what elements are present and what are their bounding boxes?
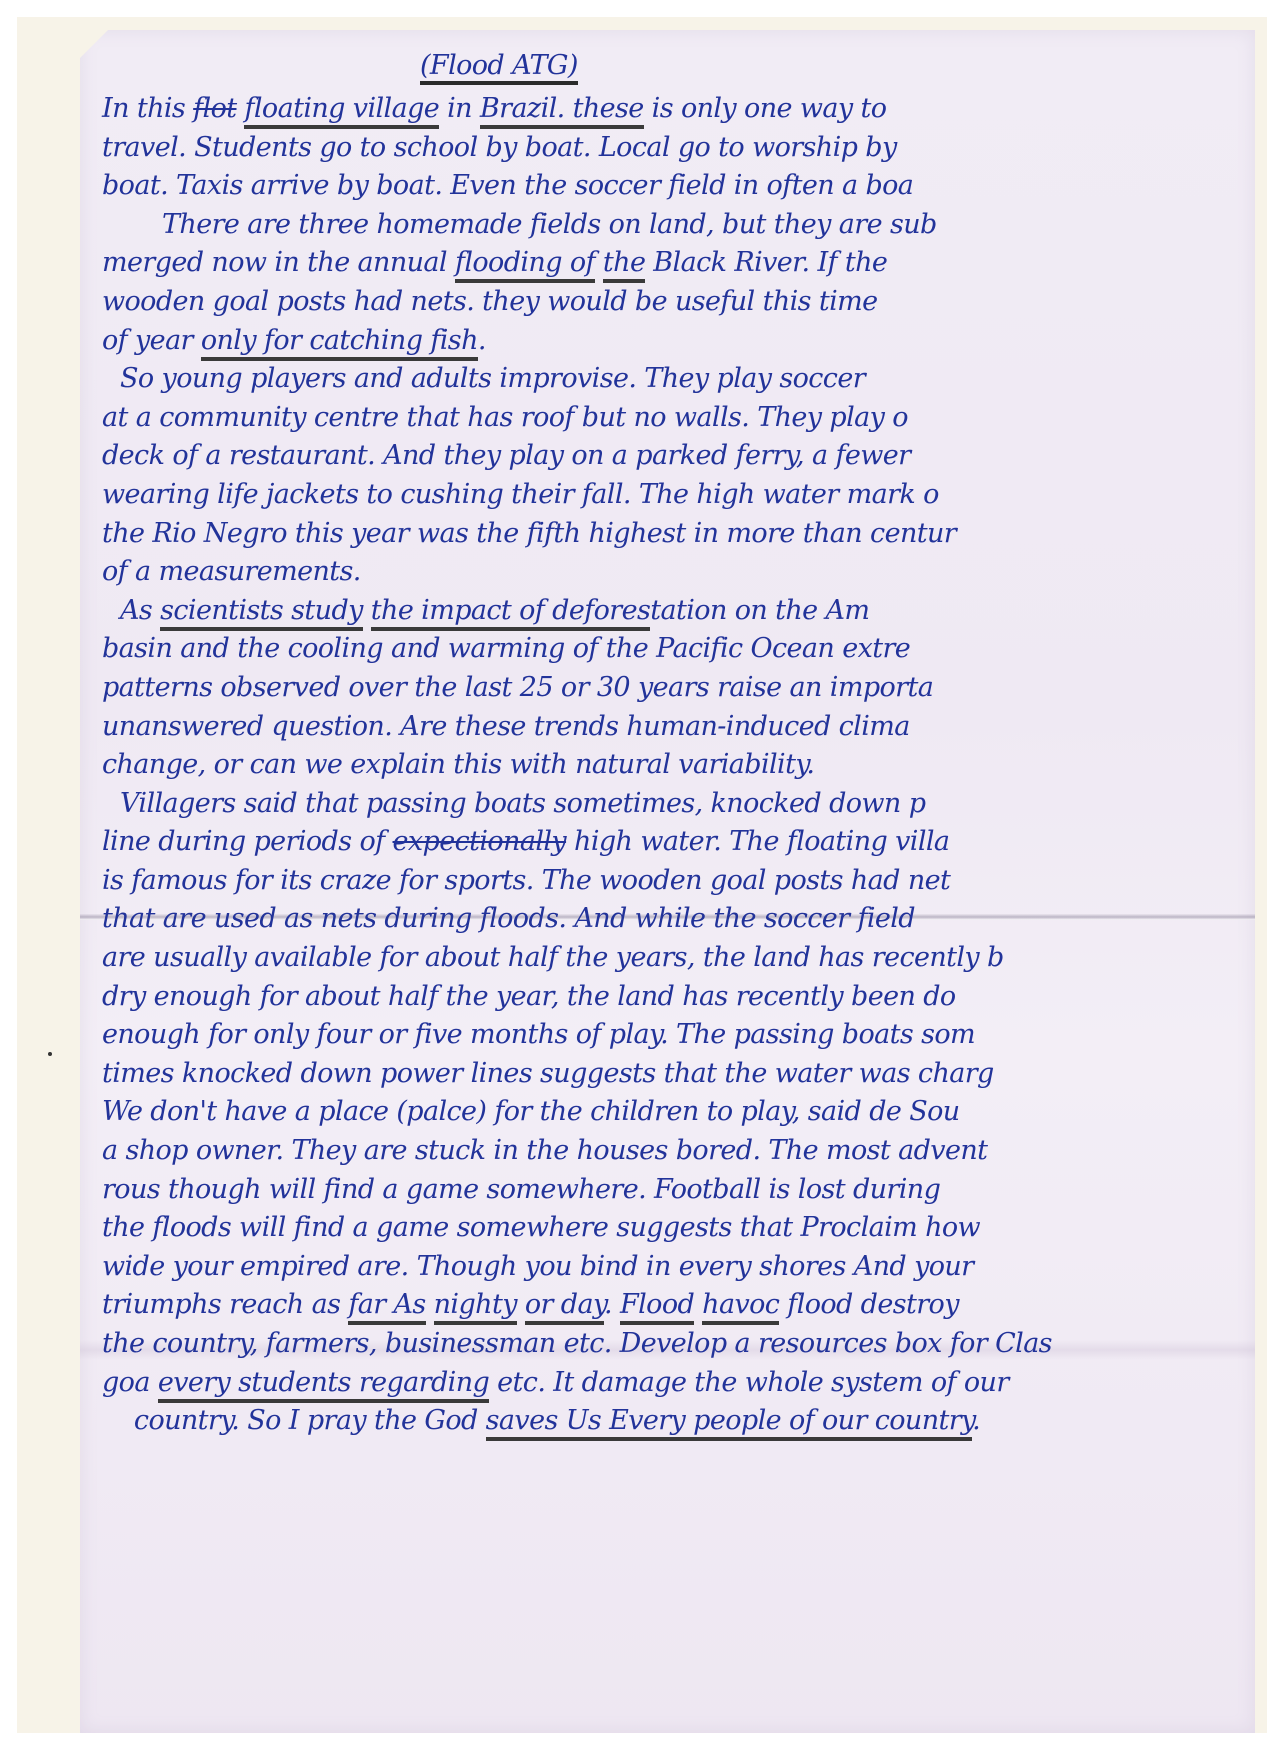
text-run: that are used as nets during floods. And… xyxy=(102,903,915,934)
underlined-phrase: saves Us Every people of our country xyxy=(486,1405,972,1441)
text-run: etc. It damage the whole system of our xyxy=(489,1367,1008,1398)
text-line: a shop owner. They are stuck in the hous… xyxy=(102,1132,1255,1171)
underlined-phrase: scientists study xyxy=(160,595,363,631)
underlined-phrase: Brazil. these xyxy=(480,93,644,129)
text-line: rous though will find a game somewhere. … xyxy=(102,1171,1255,1210)
underlined-phrase: far As xyxy=(348,1289,425,1325)
text-line: We don't have a place (palce) for the ch… xyxy=(102,1093,1255,1132)
text-line: triumphs reach as far As nighty or day. … xyxy=(102,1286,1255,1325)
text-run: goa xyxy=(102,1367,158,1398)
struck-out-word: flot xyxy=(193,93,236,124)
title-underlined: (Flood ATG) xyxy=(420,50,578,85)
text-run: the Rio Negro this year was the fifth hi… xyxy=(102,518,956,549)
underlined-phrase: or day xyxy=(525,1289,604,1325)
text-run: Villagers said that passing boats someti… xyxy=(120,788,925,819)
paragraph: There are three homemade fields on land,… xyxy=(102,206,1255,360)
text-line: boat. Taxis arrive by boat. Even the soc… xyxy=(102,167,1255,206)
margin-ink-dot xyxy=(48,1052,52,1056)
text-run: patterns observed over the last 25 or 30… xyxy=(102,672,933,703)
text-run: the floods will find a game somewhere su… xyxy=(102,1212,980,1243)
text-line: that are used as nets during floods. And… xyxy=(102,900,1255,939)
text-line: country. So I pray the God saves Us Ever… xyxy=(102,1402,1255,1441)
underlined-phrase: only for catching fish xyxy=(201,325,478,361)
text-line: basin and the cooling and warming of the… xyxy=(102,630,1255,669)
text-run: is famous for its craze for sports. The … xyxy=(102,865,950,896)
text-run: change, or can we explain this with natu… xyxy=(102,749,814,780)
text-run: a shop owner. They are stuck in the hous… xyxy=(102,1135,987,1166)
text-run: boat. Taxis arrive by boat. Even the soc… xyxy=(102,170,913,201)
text-line: In this flot floating village in Brazil.… xyxy=(102,90,1255,129)
text-line: wooden goal posts had nets. they would b… xyxy=(102,283,1255,322)
underlined-phrase: Flood xyxy=(620,1289,694,1325)
text-run: in xyxy=(439,93,480,124)
text-run xyxy=(363,595,371,626)
text-run: tation on the Am xyxy=(650,595,869,626)
text-line: are usually available for about half the… xyxy=(102,939,1255,978)
text-run: So young players and adults improvise. T… xyxy=(120,363,865,394)
underlined-phrase: the xyxy=(603,247,645,283)
text-run: wearing life jackets to cushing their fa… xyxy=(102,479,939,510)
text-run: line during periods of xyxy=(102,826,393,857)
paragraph: As scientists study the impact of defore… xyxy=(102,592,1255,785)
text-run: country. So I pray the God xyxy=(102,1405,486,1436)
underlined-phrase: flooding of xyxy=(455,247,595,283)
text-run: unanswered question. Are these trends hu… xyxy=(102,711,910,742)
text-run: wide your empired are. Though you bind i… xyxy=(102,1251,973,1282)
text-run: flood destroy xyxy=(779,1289,959,1320)
document-body: In this flot floating village in Brazil.… xyxy=(102,90,1255,1441)
text-line: deck of a restaurant. And they play on a… xyxy=(102,437,1255,476)
text-run xyxy=(517,1289,525,1320)
text-line: the floods will find a game somewhere su… xyxy=(102,1209,1255,1248)
text-line: the Rio Negro this year was the fifth hi… xyxy=(102,515,1255,554)
text-run: In this xyxy=(102,93,193,124)
text-line: wearing life jackets to cushing their fa… xyxy=(102,476,1255,515)
text-run: . xyxy=(604,1289,620,1320)
struck-out-word: expectionally xyxy=(393,826,567,857)
page-title: (Flood ATG) xyxy=(102,42,1255,90)
underlined-phrase: every students regarding xyxy=(158,1367,489,1403)
text-run: . xyxy=(478,325,486,356)
text-run: merged now in the annual xyxy=(102,247,455,278)
paragraph: In this flot floating village in Brazil.… xyxy=(102,90,1255,206)
text-run: is only one way to xyxy=(644,93,887,124)
handwritten-page: (Flood ATG) In this flot floating villag… xyxy=(80,30,1255,1733)
text-line: times knocked down power lines suggests … xyxy=(102,1055,1255,1094)
text-run: the country, farmers, businessman etc. D… xyxy=(102,1328,1052,1359)
text-run xyxy=(426,1289,434,1320)
text-run: Black River. If the xyxy=(645,247,887,278)
text-run: There are three homemade fields on land,… xyxy=(162,209,937,240)
text-line: dry enough for about half the year, the … xyxy=(102,978,1255,1017)
text-line: line during periods of expectionally hig… xyxy=(102,823,1255,862)
text-line: of a measurements. xyxy=(102,553,1255,592)
text-line: change, or can we explain this with natu… xyxy=(102,746,1255,785)
text-line: unanswered question. Are these trends hu… xyxy=(102,708,1255,747)
text-line: wide your empired are. Though you bind i… xyxy=(102,1248,1255,1287)
text-run: We don't have a place (palce) for the ch… xyxy=(102,1096,960,1127)
handwritten-text: (Flood ATG) In this flot floating villag… xyxy=(102,42,1255,1441)
text-line: Villagers said that passing boats someti… xyxy=(102,785,1255,824)
text-line: merged now in the annual flooding of the… xyxy=(102,244,1255,283)
underlined-phrase: havoc xyxy=(702,1289,779,1325)
text-run: . xyxy=(972,1405,980,1436)
text-line: enough for only four or five months of p… xyxy=(102,1016,1255,1055)
text-line: of year only for catching fish. xyxy=(102,322,1255,361)
text-run: enough for only four or five months of p… xyxy=(102,1019,975,1050)
underlined-phrase: nighty xyxy=(434,1289,517,1325)
text-run: deck of a restaurant. And they play on a… xyxy=(102,440,910,471)
text-line: There are three homemade fields on land,… xyxy=(102,206,1255,245)
text-line: travel. Students go to school by boat. L… xyxy=(102,129,1255,168)
underlined-phrase: floating village xyxy=(244,93,439,129)
text-line: is famous for its craze for sports. The … xyxy=(102,862,1255,901)
text-run: are usually available for about half the… xyxy=(102,942,1004,973)
text-run: wooden goal posts had nets. they would b… xyxy=(102,286,878,317)
text-line: the country, farmers, businessman etc. D… xyxy=(102,1325,1255,1364)
paragraph: So young players and adults improvise. T… xyxy=(102,360,1255,592)
text-line: at a community centre that has roof but … xyxy=(102,399,1255,438)
paragraph: Villagers said that passing boats someti… xyxy=(102,785,1255,1441)
text-line: As scientists study the impact of defore… xyxy=(102,592,1255,631)
text-run: basin and the cooling and warming of the… xyxy=(102,633,910,664)
text-run: high water. The floating villa xyxy=(566,826,949,857)
text-run: at a community centre that has roof but … xyxy=(102,402,908,433)
text-run: dry enough for about half the year, the … xyxy=(102,981,956,1012)
text-run: As xyxy=(120,595,160,626)
text-line: patterns observed over the last 25 or 30… xyxy=(102,669,1255,708)
text-line: goa every students regarding etc. It dam… xyxy=(102,1364,1255,1403)
text-run: times knocked down power lines suggests … xyxy=(102,1058,994,1089)
text-run: travel. Students go to school by boat. L… xyxy=(102,132,897,163)
text-run: of a measurements. xyxy=(102,556,361,587)
text-run: of year xyxy=(102,325,201,356)
text-run: triumphs reach as xyxy=(102,1289,348,1320)
underlined-phrase: the impact of defores xyxy=(371,595,650,631)
text-line: So young players and adults improvise. T… xyxy=(102,360,1255,399)
text-run: rous though will find a game somewhere. … xyxy=(102,1174,940,1205)
text-run xyxy=(595,247,603,278)
text-run xyxy=(694,1289,702,1320)
